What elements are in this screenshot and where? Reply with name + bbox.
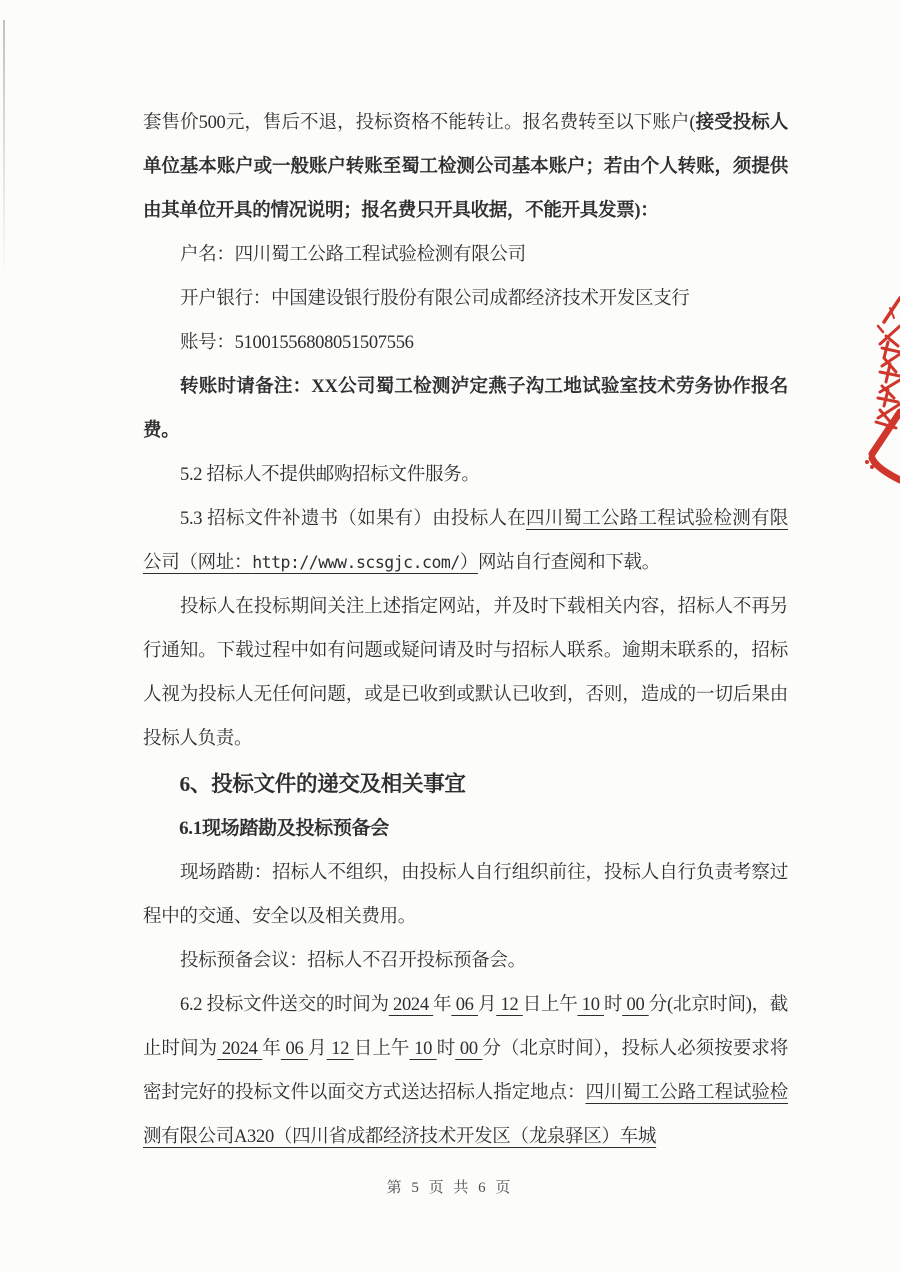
text-run: 日上午	[523, 995, 578, 1015]
paragraph-bank: 开户银行：中国建设银行股份有限公司成都经济技术开发区支行	[143, 277, 788, 321]
text-run: 12	[327, 1039, 354, 1059]
text-run: 投标人在投标期间关注上述指定网站，并及时下载相关内容，招标人不再另行通知。下载过…	[143, 597, 788, 749]
paragraph-site-visit: 现场踏勘：招标人不组织，由投标人自行组织前往，投标人自行负责考察过程中的交通、安…	[143, 851, 788, 939]
text-run: 开户银行：中国建设银行股份有限公司成都经济技术开发区支行	[180, 289, 690, 309]
paragraph-account-name: 户名：四川蜀工公路工程试验检测有限公司	[143, 233, 788, 277]
text-run: 00	[622, 995, 649, 1015]
paragraph-5-3: 5.3 招标文件补遗书（如果有）由投标人在四川蜀工公路工程试验检测有限公司（网址…	[143, 497, 788, 585]
text-run: 10	[409, 1039, 436, 1059]
paragraph-registration-fee: 套售价500元，售后不退，投标资格不能转让。报名费转至以下账户(接受投标人单位基…	[143, 101, 788, 233]
text-run: 00	[455, 1039, 482, 1059]
text-run: 6.2 投标文件送交的时间为	[180, 995, 389, 1015]
text-run: 月	[478, 995, 496, 1015]
text-run: 年	[433, 995, 451, 1015]
paragraph-5-2: 5.2 招标人不提供邮购招标文件服务。	[143, 453, 788, 497]
document-page: 套售价500元，售后不退，投标资格不能转让。报名费转至以下账户(接受投标人单位基…	[0, 0, 900, 1272]
text-run: 户名：四川蜀工公路工程试验检测有限公司	[180, 245, 526, 265]
heading-section-6-1: 6.1现场踏勘及投标预备会	[143, 807, 788, 851]
text-run: ）	[460, 553, 478, 573]
text-run: http://www.scsgjc.com/	[252, 553, 460, 572]
paragraph-website-notice: 投标人在投标期间关注上述指定网站，并及时下载相关内容，招标人不再另行通知。下载过…	[143, 585, 788, 761]
text-run: 5.2 招标人不提供邮购招标文件服务。	[180, 465, 480, 485]
heading-section-6: 6、投标文件的递交及相关事宜	[143, 761, 788, 807]
text-run: 2024	[217, 1039, 262, 1059]
text-run: 2024	[389, 995, 433, 1015]
text-run: 账号：51001556808051507556	[180, 333, 414, 353]
text-run: 现场踏勘：招标人不组织，由投标人自行组织前往，投标人自行负责考察过程中的交通、安…	[143, 863, 788, 927]
paragraph-transfer-note: 转账时请备注：XX公司蜀工检测泸定燕子沟工地试验室技术劳务协作报名费。	[143, 365, 788, 453]
paragraph-pre-bid-meeting: 投标预备会议：招标人不召开投标预备会。	[143, 939, 788, 983]
text-run: 网站自行查阅和下载。	[478, 553, 660, 573]
text-run: 年	[262, 1039, 281, 1059]
scan-artifact-line	[3, 20, 5, 280]
text-run: 06	[281, 1039, 308, 1059]
page-footer: 第 5 页 共 6 页	[0, 1176, 900, 1197]
text-run: 套售价500元，售后不退，投标资格不能转让。报名费转至以下账户(	[143, 113, 695, 133]
red-seal-stamp	[860, 292, 900, 488]
text-run: 12	[496, 995, 523, 1015]
text-run: 转账时请备注：XX公司蜀工检测泸定燕子沟工地试验室技术劳务协作报名费。	[143, 377, 788, 441]
paragraph-account-number: 账号：51001556808051507556	[143, 321, 788, 365]
text-run: 5.3 招标文件补遗书（如果有）由投标人在	[180, 509, 526, 529]
text-run: 6、投标文件的递交及相关事宜	[180, 772, 466, 796]
text-run: 06	[451, 995, 478, 1015]
text-run: 时	[437, 1039, 456, 1059]
paragraph-6-2: 6.2 投标文件送交的时间为 2024 年 06 月 12 日上午 10 时 0…	[143, 983, 788, 1159]
text-run: )：	[634, 201, 658, 221]
text-run: 月	[308, 1039, 327, 1059]
document-body: 套售价500元，售后不退，投标资格不能转让。报名费转至以下账户(接受投标人单位基…	[143, 101, 788, 1159]
text-run: 6.1现场踏勘及投标预备会	[179, 818, 389, 839]
text-run: 时	[604, 995, 622, 1015]
text-run: 日上午	[354, 1039, 410, 1059]
text-run: 投标预备会议：招标人不召开投标预备会。	[180, 951, 526, 971]
text-run: 10	[577, 995, 604, 1015]
